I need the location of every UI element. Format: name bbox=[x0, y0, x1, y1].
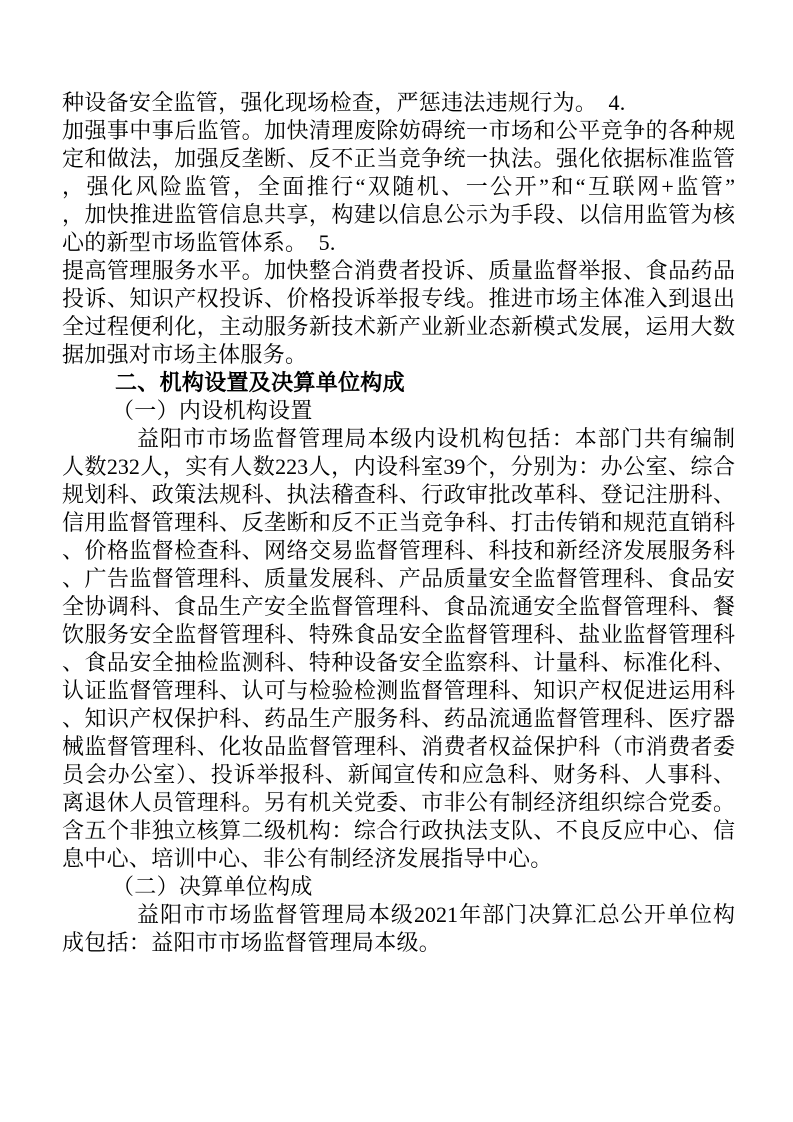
text-line: 加强事中事后监管。加快清理废除妨碍统一市场和公平竞争的各种规 bbox=[62, 117, 735, 145]
text-line: 人数232人，实有人数223人，内设科室39个，分别为：办公室、综合 bbox=[62, 453, 735, 481]
section-heading: 二、机构设置及决算单位构成 bbox=[62, 369, 735, 397]
text-line: 益阳市市场监督管理局本级2021年部门决算汇总公开单位构 bbox=[62, 901, 735, 929]
text-line: 全过程便利化，主动服务新技术新产业新业态新模式发展，运用大数 bbox=[62, 313, 735, 341]
text-line: 定和做法，加强反垄断、反不正当竞争统一执法。强化依据标准监管 bbox=[62, 145, 735, 173]
subsection-heading: （二）决算单位构成 bbox=[62, 873, 735, 901]
text-line: 、价格监督检查科、网络交易监督管理科、科技和新经济发展服务科 bbox=[62, 537, 735, 565]
document-page: 种设备安全监管，强化现场检查，严惩违法违规行为。 4.加强事中事后监管。加快清理… bbox=[0, 0, 793, 1122]
text-line: 含五个非独立核算二级机构：综合行政执法支队、不良反应中心、信 bbox=[62, 817, 735, 845]
subsection-heading: （一）内设机构设置 bbox=[62, 397, 735, 425]
text-line: 信用监督管理科、反垄断和反不正当竞争科、打击传销和规范直销科 bbox=[62, 509, 735, 537]
text-line: 提高管理服务水平。加快整合消费者投诉、质量监督举报、食品药品 bbox=[62, 257, 735, 285]
text-line: ，强化风险监管，全面推行“双随机、一公开”和“互联网+监管” bbox=[62, 173, 735, 201]
text-line: 、知识产权保护科、药品生产服务科、药品流通监督管理科、医疗器 bbox=[62, 705, 735, 733]
text-line: 员会办公室）、投诉举报科、新闻宣传和应急科、财务科、人事科、 bbox=[62, 761, 735, 789]
text-line: 规划科、政策法规科、执法稽查科、行政审批改革科、登记注册科、 bbox=[62, 481, 735, 509]
text-line: 离退休人员管理科。另有机关党委、市非公有制经济组织综合党委。 bbox=[62, 789, 735, 817]
text-line: 益阳市市场监督管理局本级内设机构包括：本部门共有编制 bbox=[62, 425, 735, 453]
text-line: 、广告监督管理科、质量发展科、产品质量安全监督管理科、食品安 bbox=[62, 565, 735, 593]
text-line: ，加快推进监管信息共享，构建以信息公示为手段、以信用监管为核 bbox=[62, 201, 735, 229]
text-line: 全协调科、食品生产安全监督管理科、食品流通安全监督管理科、餐 bbox=[62, 593, 735, 621]
text-line: 械监督管理科、化妆品监督管理科、消费者权益保护科（市消费者委 bbox=[62, 733, 735, 761]
document-content: 种设备安全监管，强化现场检查，严惩违法违规行为。 4.加强事中事后监管。加快清理… bbox=[62, 89, 735, 957]
text-line: 成包括：益阳市市场监督管理局本级。 bbox=[62, 929, 735, 957]
text-line: 认证监督管理科、认可与检验检测监督管理科、知识产权促进运用科 bbox=[62, 677, 735, 705]
text-line: 息中心、培训中心、非公有制经济发展指导中心。 bbox=[62, 845, 735, 873]
text-line: 据加强对市场主体服务。 bbox=[62, 341, 735, 369]
text-line: 投诉、知识产权投诉、价格投诉举报专线。推进市场主体准入到退出 bbox=[62, 285, 735, 313]
text-line: 种设备安全监管，强化现场检查，严惩违法违规行为。 4. bbox=[62, 89, 735, 117]
text-line: 心的新型市场监管体系。 5. bbox=[62, 229, 735, 257]
text-line: 饮服务安全监督管理科、特殊食品安全监督管理科、盐业监督管理科 bbox=[62, 621, 735, 649]
text-line: 、食品安全抽检监测科、特种设备安全监察科、计量科、标准化科、 bbox=[62, 649, 735, 677]
